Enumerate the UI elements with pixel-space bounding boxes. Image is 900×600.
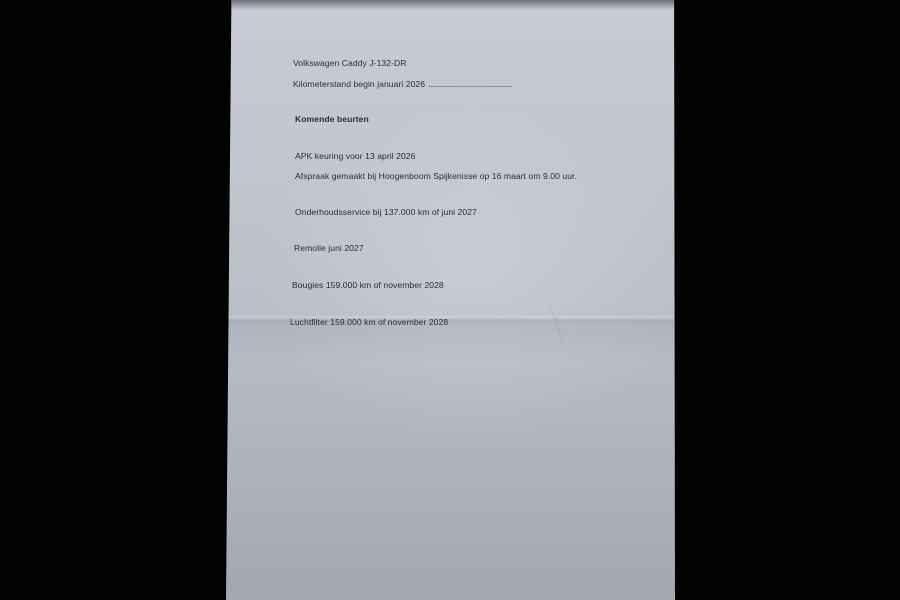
- paper-top-shadow: [226, 0, 675, 10]
- photo-scene: Volkswagen Caddy J-132-DR Kilometerstand…: [0, 0, 900, 600]
- paper-sheet: Volkswagen Caddy J-132-DR Kilometerstand…: [226, 0, 675, 600]
- paper-fold-shadow: [226, 322, 675, 362]
- odometer-blank: ........................................…: [428, 79, 511, 89]
- odometer-line: Kilometerstand begin januari 2026.......…: [293, 79, 512, 89]
- item-maintenance: Onderhoudsservice bij 137.000 km of juni…: [295, 207, 477, 217]
- item-air-filter: Luchtfilter 159.000 km of november 2028: [290, 317, 448, 327]
- odometer-label: Kilometerstand begin januari 2026: [293, 79, 425, 89]
- item-spark-plugs: Bougies 159.000 km of november 2028: [292, 280, 444, 290]
- item-brake-fluid: Remolie juni 2027: [294, 243, 364, 253]
- section-heading: Komende beurten: [295, 114, 369, 124]
- item-apk: APK keuring voor 13 april 2026: [295, 151, 415, 161]
- item-appointment: Afspraak gemaakt bij Hoogenboom Spijkeni…: [295, 171, 577, 181]
- vehicle-title: Volkswagen Caddy J-132-DR: [293, 58, 407, 68]
